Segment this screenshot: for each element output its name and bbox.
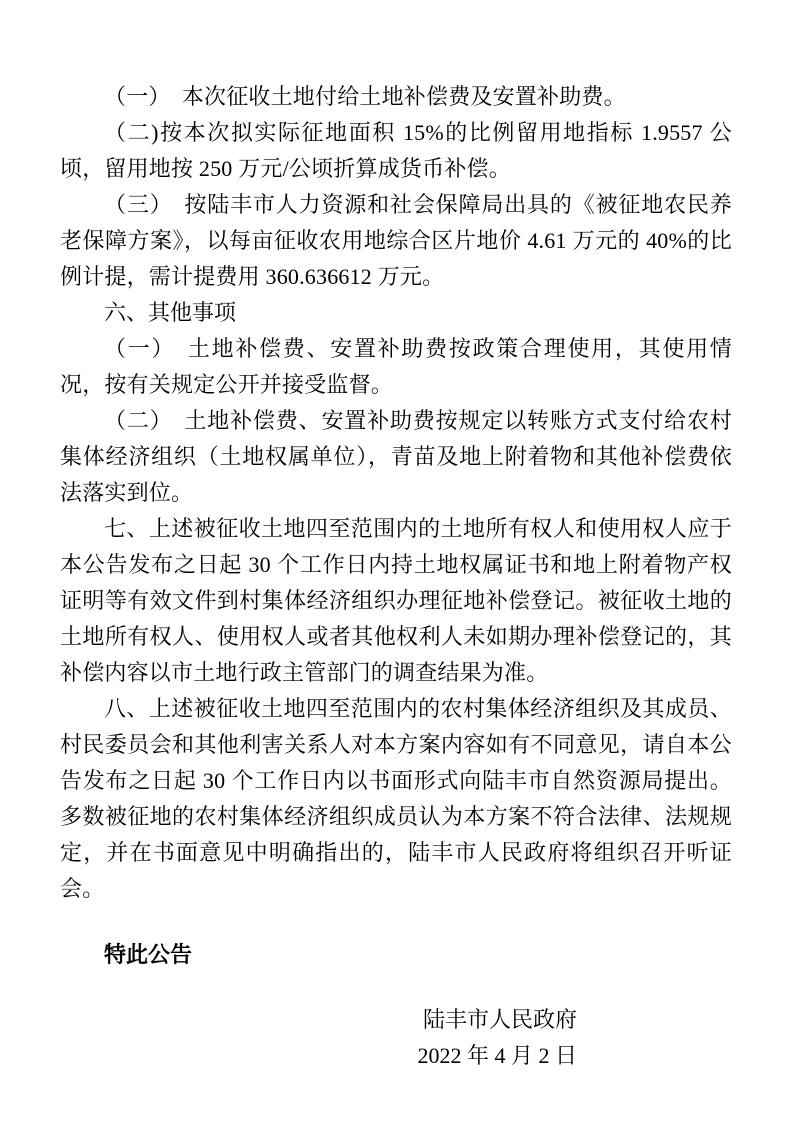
article-8-objection-procedure: 八、上述被征收土地四至范围内的农村集体经济组织及其成员、村民委员会和其他利害关系…	[60, 691, 732, 907]
document-page: （一） 本次征收土地付给土地补偿费及安置补助费。 （二)按本次拟实际征地面积 1…	[0, 0, 794, 1123]
clause-6-1-fund-usage: （一） 土地补偿费、安置补助费按政策合理使用，其使用情况，按有关规定公开并接受监…	[60, 331, 732, 403]
clause-3-pension-scheme: （三） 按陆丰市人力资源和社会保障局出具的《被征地农民养老保障方案》，以每亩征收…	[60, 187, 732, 295]
closing-statement: 特此公告	[60, 937, 732, 973]
signature-issuer: 陆丰市人民政府	[60, 1002, 577, 1038]
clause-6-2-fund-transfer: （二） 土地补偿费、安置补助费按规定以转账方式支付给农村集体经济组织（土地权属单…	[60, 403, 732, 511]
clause-1-land-compensation: （一） 本次征收土地付给土地补偿费及安置补助费。	[60, 79, 732, 115]
section-heading-six-other-matters: 六、其他事项	[60, 295, 732, 331]
article-7-registration-requirement: 七、上述被征收土地四至范围内的土地所有权人和使用权人应于本公告发布之日起 30 …	[60, 511, 732, 691]
signature-block: 陆丰市人民政府 2022 年 4 月 2 日	[60, 1002, 732, 1074]
clause-2-reserved-land: （二)按本次拟实际征地面积 15%的比例留用地指标 1.9557 公顷，留用地按…	[60, 115, 732, 187]
signature-date: 2022 年 4 月 2 日	[60, 1038, 577, 1074]
